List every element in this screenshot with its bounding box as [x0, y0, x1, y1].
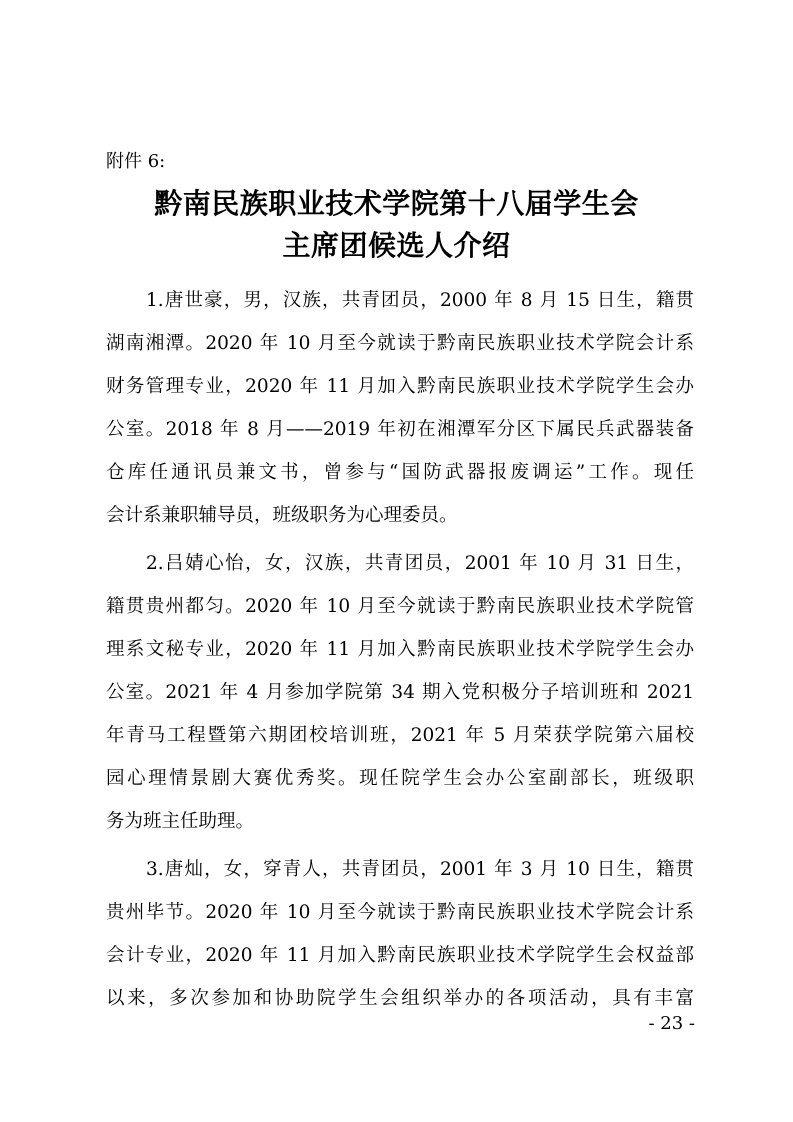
document-title-line-2: 主席团候选人介绍 [0, 228, 793, 264]
paragraph-line: 年青马工程暨第六期团校培训班，2021 年 5 月荣获学院第六届校 [106, 723, 694, 749]
paragraph-line: 湖南湘潭。2020 年 10 月至今就读于黔南民族职业技术学院会计系 [106, 331, 694, 357]
page-number: - 23 - [648, 1012, 695, 1036]
paragraph-line: 园心理情景剧大赛优秀奖。现任院学生会办公室副部长，班级职 [106, 766, 694, 792]
paragraph-line: 籍贯贵州都匀。2020 年 10 月至今就读于黔南民族职业技术学院管 [106, 594, 694, 620]
paragraph-line: 公室。2018 年 8 月——2019 年初在湘潭军分区下属民兵武器装备 [106, 417, 694, 443]
paragraph-line: 公室。2021 年 4 月参加学院第 34 期入党积极分子培训班和 2021 [106, 680, 694, 706]
paragraph-line: 财务管理专业，2020 年 11 月加入黔南民族职业技术学院学生会办 [106, 374, 694, 400]
paragraph-line: 贵州毕节。2020 年 10 月至今就读于黔南民族职业技术学院会计系 [106, 900, 694, 926]
paragraph-line: 以来，多次参加和协助院学生会组织举办的各项活动，具有丰富 [106, 986, 694, 1012]
paragraph-line: 会计系兼职辅导员，班级职务为心理委员。 [106, 503, 694, 529]
paragraph-line: 会计专业，2020 年 11 月加入黔南民族职业技术学院学生会权益部 [106, 943, 694, 969]
document-page: 附件 6: 黔南民族职业技术学院第十八届学生会 主席团候选人介绍 1.唐世豪，男… [0, 0, 793, 1122]
paragraph-line: 1.唐世豪，男，汉族，共青团员，2000 年 8 月 15 日生，籍贯 [146, 288, 694, 314]
document-title-line-1: 黔南民族职业技术学院第十八届学生会 [0, 186, 793, 222]
paragraph-line: 务为班主任助理。 [106, 809, 694, 835]
paragraph-line: 理系文秘专业，2020 年 11 月加入黔南民族职业技术学院学生会办 [106, 637, 694, 663]
paragraph-line: 3.唐灿，女，穿青人，共青团员，2001 年 3 月 10 日生，籍贯 [146, 857, 694, 883]
annex-label: 附件 6: [106, 150, 165, 174]
paragraph-line: 2.吕婧心怡，女，汉族，共青团员，2001 年 10 月 31 日生， [146, 551, 694, 577]
paragraph-line: 仓库任通讯员兼文书，曾参与“国防武器报废调运”工作。现任 [106, 460, 694, 486]
